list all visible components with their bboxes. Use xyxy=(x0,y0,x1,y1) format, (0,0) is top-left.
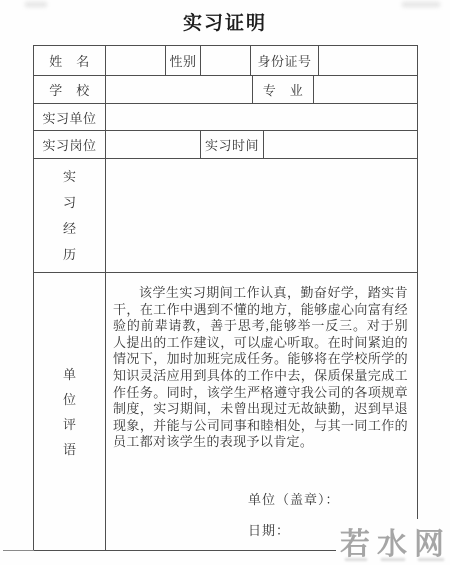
internship-post-value-cell xyxy=(106,131,201,158)
internship-time-value-cell xyxy=(264,131,417,158)
unit-comment-label: 单 位 评 语 xyxy=(34,273,106,550)
internship-experience-value-cell xyxy=(106,159,417,272)
school-value-cell xyxy=(106,76,253,103)
row-unit-comment: 单 位 评 语 该学生实习期间工作认真，勤奋好学，踏实肯干，在工作中遇到不懂的地… xyxy=(34,273,417,550)
internship-unit-value-cell xyxy=(106,104,417,130)
row-basic-info: 姓 名 性别 身份证号 xyxy=(34,46,417,76)
row-internship-unit: 实习单位 xyxy=(34,104,417,131)
watermark-reflection xyxy=(345,558,367,561)
unit-stamp-label: 单位（盖章）： xyxy=(248,489,340,508)
gender-value-cell xyxy=(201,46,251,75)
watermark-reflection xyxy=(418,558,444,561)
gender-label: 性别 xyxy=(166,46,201,75)
scan-artifact-top-right xyxy=(402,2,440,7)
watermark-reflection xyxy=(381,558,405,561)
unit-comment-value-cell: 该学生实习期间工作认真，勤奋好学，踏实肯干，在工作中遇到不懂的地方，能够虚心向富… xyxy=(106,273,417,550)
scan-artifact-bottom-line xyxy=(3,550,34,551)
page-title: 实习证明 xyxy=(0,8,450,35)
major-label: 专 业 xyxy=(253,76,314,103)
row-internship-post: 实习岗位 实习时间 xyxy=(34,131,417,159)
scan-artifact-top-left xyxy=(25,2,47,7)
name-label: 姓 名 xyxy=(34,46,106,75)
internship-post-label: 实习岗位 xyxy=(34,131,106,158)
internship-certificate-form: 姓 名 性别 身份证号 学 校 专 业 实习单位 实习岗位 实习时间 实 习 经… xyxy=(33,45,418,551)
name-value-cell xyxy=(106,46,166,75)
watermark-ruoshui-logo: 若水网 xyxy=(336,519,450,563)
school-label: 学 校 xyxy=(34,76,106,103)
comment-paragraph: 该学生实习期间工作认真，勤奋好学，踏实肯干，在工作中遇到不懂的地方，能够虚心向富… xyxy=(113,285,408,451)
internship-unit-label: 实习单位 xyxy=(34,104,106,130)
internship-experience-label: 实 习 经 历 xyxy=(34,159,106,272)
id-number-label: 身份证号 xyxy=(251,46,319,75)
date-label: 日期： xyxy=(248,520,290,539)
id-number-value-cell xyxy=(319,46,417,75)
major-value-cell xyxy=(314,76,417,103)
row-internship-experience: 实 习 经 历 xyxy=(34,159,417,273)
row-school: 学 校 专 业 xyxy=(34,76,417,104)
internship-time-label: 实习时间 xyxy=(201,131,264,158)
